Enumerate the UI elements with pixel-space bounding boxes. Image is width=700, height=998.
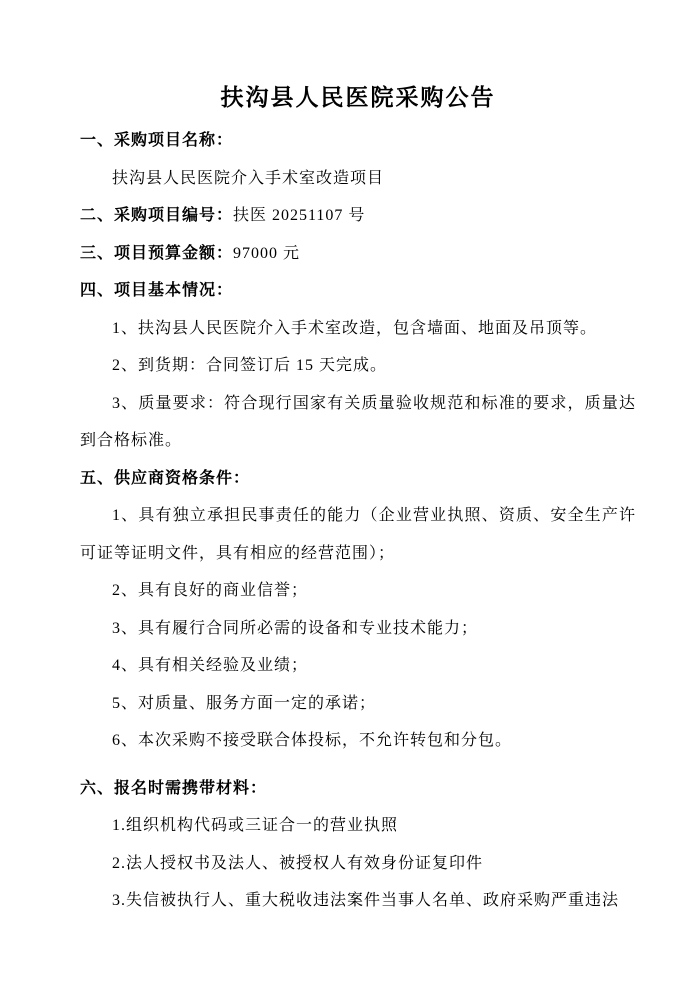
- section-heading-value: 扶医 20251107 号: [233, 207, 365, 224]
- paragraph: 5、对质量、服务方面一定的承诺；: [80, 685, 636, 723]
- page-title: 扶沟县人民医院采购公告: [80, 84, 636, 112]
- section-heading: 二、采购项目编号：扶医 20251107 号: [80, 197, 636, 235]
- paragraph: 2.法人授权书及法人、被授权人有效身份证复印件: [80, 845, 636, 883]
- section-heading: 五、供应商资格条件：: [80, 460, 636, 498]
- section-project-name: 一、采购项目名称： 扶沟县人民医院介入手术室改造项目: [80, 122, 636, 197]
- paragraph: 扶沟县人民医院介入手术室改造项目: [80, 160, 636, 198]
- paragraph: 3、质量要求：符合现行国家有关质量验收规范和标准的要求，质量达到合格标准。: [80, 385, 636, 460]
- section-supplier-qualifications: 五、供应商资格条件： 1、具有独立承担民事责任的能力（企业营业执照、资质、安全生…: [80, 460, 636, 760]
- paragraph: 3.失信被执行人、重大税收违法案件当事人名单、政府采购严重违法: [80, 882, 636, 920]
- paragraph: 1.组织机构代码或三证合一的营业执照: [80, 807, 636, 845]
- section-heading: 三、项目预算金额：97000 元: [80, 235, 636, 273]
- section-registration-materials: 六、报名时需携带材料： 1.组织机构代码或三证合一的营业执照 2.法人授权书及法…: [80, 770, 636, 920]
- section-heading-label: 一、采购项目名称：: [80, 132, 233, 149]
- section-heading-label: 四、项目基本情况：: [80, 282, 233, 299]
- section-heading-label: 二、采购项目编号：: [80, 207, 233, 224]
- section-budget: 三、项目预算金额：97000 元: [80, 235, 636, 273]
- section-heading: 六、报名时需携带材料：: [80, 770, 636, 808]
- section-heading-value: 97000 元: [233, 245, 300, 262]
- paragraph: 2、到货期：合同签订后 15 天完成。: [80, 347, 636, 385]
- section-heading: 四、项目基本情况：: [80, 272, 636, 310]
- paragraph: 6、本次采购不接受联合体投标，不允许转包和分包。: [80, 722, 636, 760]
- section-heading: 一、采购项目名称：: [80, 122, 636, 160]
- section-heading-label: 六、报名时需携带材料：: [80, 780, 267, 797]
- paragraph: 2、具有良好的商业信誉；: [80, 572, 636, 610]
- section-heading-label: 三、项目预算金额：: [80, 245, 233, 262]
- paragraph: 1、具有独立承担民事责任的能力（企业营业执照、资质、安全生产许可证等证明文件，具…: [80, 497, 636, 572]
- paragraph: 1、扶沟县人民医院介入手术室改造，包含墙面、地面及吊顶等。: [80, 310, 636, 348]
- document-page: 扶沟县人民医院采购公告 一、采购项目名称： 扶沟县人民医院介入手术室改造项目 二…: [0, 0, 700, 998]
- paragraph: 3、具有履行合同所必需的设备和专业技术能力；: [80, 610, 636, 648]
- section-heading-label: 五、供应商资格条件：: [80, 470, 250, 487]
- section-basic-info: 四、项目基本情况： 1、扶沟县人民医院介入手术室改造，包含墙面、地面及吊顶等。 …: [80, 272, 636, 460]
- paragraph: 4、具有相关经验及业绩；: [80, 647, 636, 685]
- section-project-number: 二、采购项目编号：扶医 20251107 号: [80, 197, 636, 235]
